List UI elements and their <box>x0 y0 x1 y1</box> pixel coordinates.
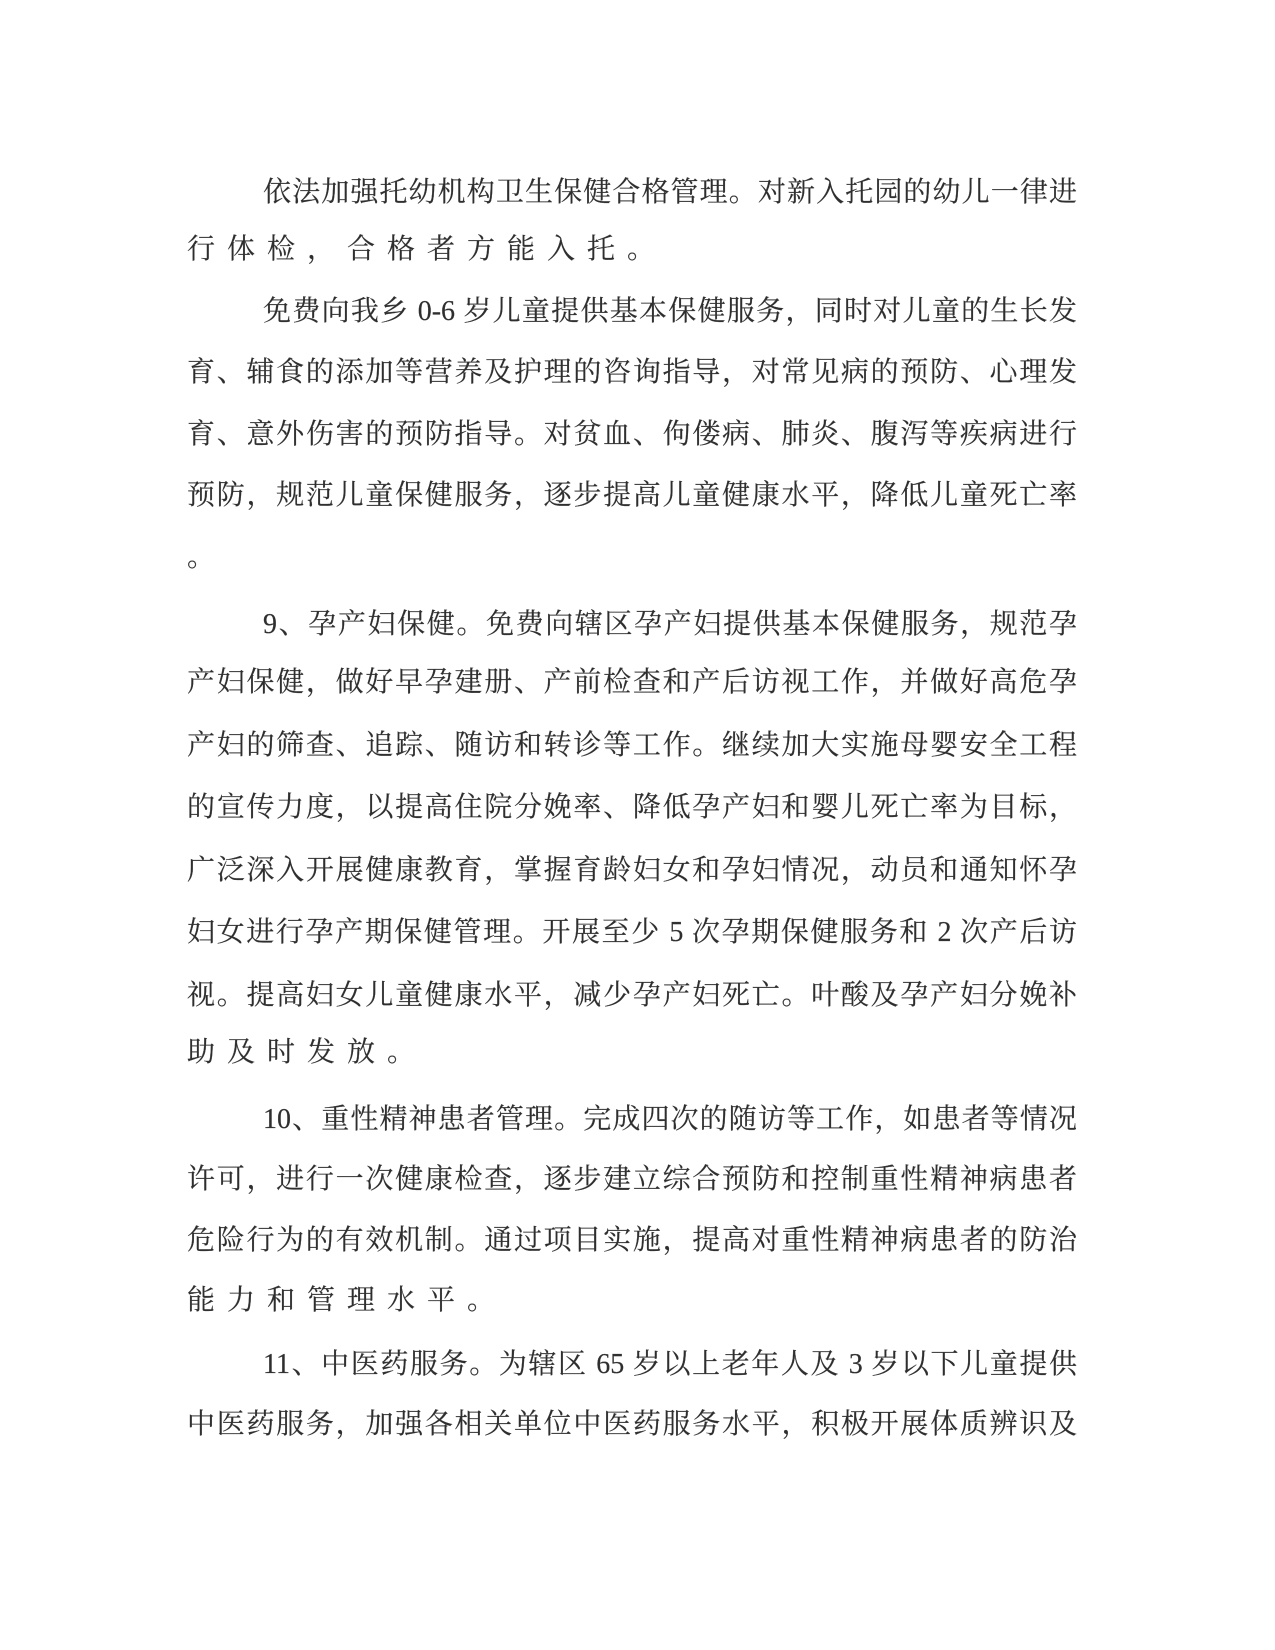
document-body: 依法加强托幼机构卫生保健合格管理。对新入托园的幼儿一律进行体检，合格者方能入托。… <box>0 0 1275 1650</box>
text-line: 妇女进行孕产期保健管理。开展至少 5 次孕期保健服务和 2 次产后访 <box>187 917 1077 951</box>
text-line: 危险行为的有效机制。通过项目实施，提高对重性精神病患者的防治 <box>187 1225 1077 1259</box>
text-line: 11、中医药服务。为辖区 65 岁以上老年人及 3 岁以下儿童提供 <box>187 1349 1077 1383</box>
text-line: 9、孕产妇保健。免费向辖区孕产妇提供基本保健服务，规范孕 <box>187 609 1077 643</box>
text-line: 的宣传力度，以提高住院分娩率、降低孕产妇和婴儿死亡率为目标， <box>187 792 1077 826</box>
text-line: 免费向我乡 0-6 岁儿童提供基本保健服务，同时对儿童的生长发 <box>187 296 1077 330</box>
text-line: 助及时发放。 <box>187 1037 1077 1071</box>
text-line: 视。提高妇女儿童健康水平，减少孕产妇死亡。叶酸及孕产妇分娩补 <box>187 980 1077 1014</box>
text-line: 许可，进行一次健康检查，逐步建立综合预防和控制重性精神病患者 <box>187 1164 1077 1198</box>
document-page: 依法加强托幼机构卫生保健合格管理。对新入托园的幼儿一律进行体检，合格者方能入托。… <box>0 0 1275 1650</box>
text-line: 10、重性精神患者管理。完成四次的随访等工作，如患者等情况 <box>187 1104 1077 1138</box>
text-line: 育、意外伤害的预防指导。对贫血、佝偻病、肺炎、腹泻等疾病进行 <box>187 419 1077 453</box>
text-line: 中医药服务，加强各相关单位中医药服务水平，积极开展体质辨识及 <box>187 1409 1077 1443</box>
text-line: 育、辅食的添加等营养及护理的咨询指导，对常见病的预防、心理发 <box>187 357 1077 391</box>
text-line: 预防，规范儿童保健服务，逐步提高儿童健康水平，降低儿童死亡率 <box>187 480 1077 514</box>
text-line: 广泛深入开展健康教育，掌握育龄妇女和孕妇情况，动员和通知怀孕 <box>187 855 1077 889</box>
text-line: 行体检，合格者方能入托。 <box>187 234 1077 268</box>
text-line: 。 <box>187 542 1077 576</box>
text-line: 依法加强托幼机构卫生保健合格管理。对新入托园的幼儿一律进 <box>187 177 1077 211</box>
text-line: 产妇保健，做好早孕建册、产前检查和产后访视工作，并做好高危孕 <box>187 667 1077 701</box>
text-line: 产妇的筛查、追踪、随访和转诊等工作。继续加大实施母婴安全工程 <box>187 730 1077 764</box>
text-line: 能力和管理水平。 <box>187 1285 1077 1319</box>
